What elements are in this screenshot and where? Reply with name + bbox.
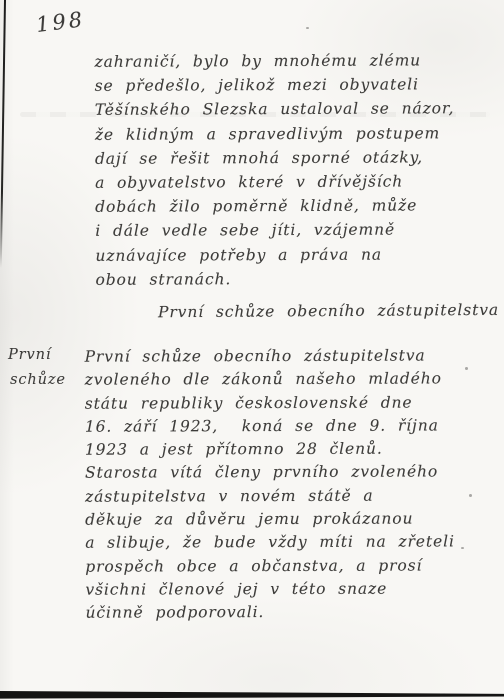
handwritten-line: zvoleného dle zákonů našeho mladého	[85, 368, 455, 393]
margin-note-line: schůze	[8, 368, 66, 393]
handwritten-line: 1923 a jest přítomno 28 členů.	[85, 438, 455, 463]
margin-note-line: První	[8, 343, 66, 368]
scan-binding-line	[0, 0, 6, 268]
scanned-manuscript-page: 198 zahraničí, bylo by mnohému zlému se …	[0, 0, 504, 700]
handwritten-line: obou stranách.	[95, 266, 455, 292]
scan-speck	[469, 494, 472, 497]
handwritten-line: dobách žilo poměrně klidně, může	[95, 193, 455, 219]
handwritten-line: státu republiky československé dne	[85, 391, 455, 416]
handwritten-line: prospěch obce a občanstva, a prosí	[85, 554, 455, 579]
handwritten-line: Starosta vítá členy prvního zvoleného	[85, 461, 455, 486]
continuation-paragraph: zahraničí, bylo by mnohému zlému se před…	[94, 48, 455, 292]
handwritten-line: děkuje za důvěru jemu prokázanou	[85, 507, 455, 532]
scan-speck	[461, 547, 464, 549]
handwritten-line: dají se řešit mnohá sporné otázky,	[95, 145, 455, 171]
handwritten-line: a obyvatelstvo které v dřívějších	[95, 169, 455, 195]
handwritten-line: Těšínského Slezska ustaloval se názor,	[95, 97, 455, 123]
handwritten-line: účinně podporovali.	[85, 601, 455, 626]
page-number: 198	[35, 7, 87, 37]
handwritten-line: První schůze obecního zástupitelstva	[85, 344, 455, 369]
scan-speck	[306, 27, 309, 29]
margin-note: První schůze	[8, 343, 66, 393]
handwritten-line: se předešlo, jelikož mezi obyvateli	[95, 72, 455, 98]
handwritten-line: zástupitelstva v novém státě a	[85, 484, 455, 509]
scan-speck	[465, 367, 468, 370]
handwritten-line: všichni členové jej v této snaze	[85, 577, 455, 602]
handwritten-line: že klidným a spravedlivým postupem	[95, 121, 455, 147]
scan-bottom-edge	[0, 689, 504, 700]
handwritten-line: zahraničí, bylo by mnohému zlému	[94, 48, 454, 74]
first-meeting-paragraph: První schůze obecního zástupitelstva zvo…	[85, 344, 456, 625]
handwritten-line: uznávajíce potřeby a práva na	[95, 242, 455, 268]
handwritten-line: 16. září 1923, koná se dne 9. října	[85, 414, 455, 439]
handwritten-line: a slibuje, že bude vždy míti na zřeteli	[85, 531, 455, 556]
handwritten-line: i dále vedle sebe jíti, vzájemně	[95, 218, 455, 244]
section-heading: První schůze obecního zástupitelstva	[158, 301, 499, 321]
